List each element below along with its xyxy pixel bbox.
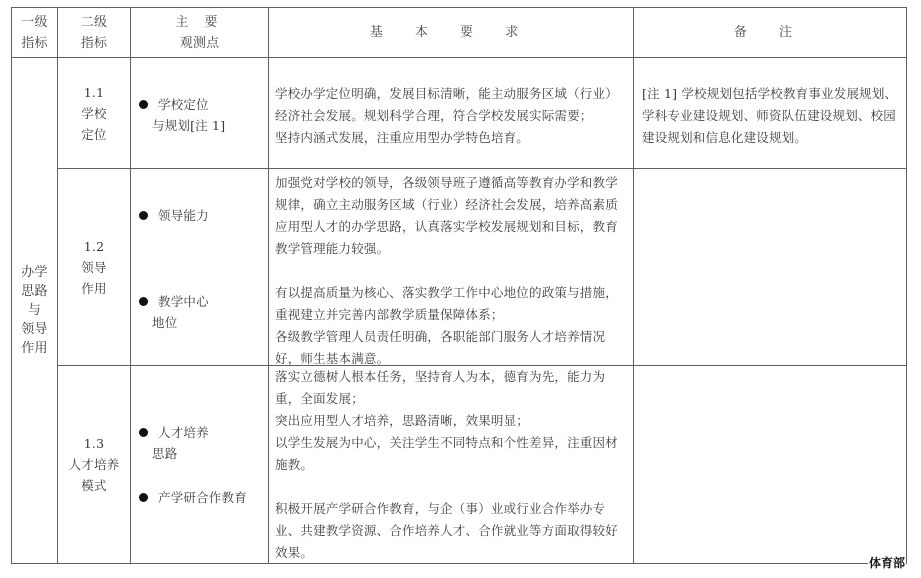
indicator-name: 定位 — [81, 124, 106, 145]
requirement-paragraph: 突出应用型人才培养，思路清晰，效果明显； — [275, 410, 630, 432]
observation-text: 与规划[注 1] — [139, 115, 225, 136]
indicator-name: 作用 — [81, 278, 106, 299]
header-level2-indicator: 二级 指标 — [58, 8, 130, 57]
requirement-paragraph: 加强党对学校的领导，各级领导班子遵循高等教育办学和教学规律，确立主动服务区域（行… — [275, 172, 630, 260]
bullet-icon — [139, 428, 148, 437]
level1-text: 作用 — [21, 339, 47, 358]
header-level1-indicator: 一级 指标 — [12, 8, 57, 57]
remark-note: [注 1] 学校规划包括学校教育事业发展规划、学科专业建设规划、师资队伍建设规划… — [642, 83, 904, 149]
level2-indicator-1-2: 1.2 领导 作用 — [58, 169, 130, 365]
bullet-icon — [139, 211, 148, 220]
level1-text: 办学 — [21, 263, 47, 282]
observation-cell-1-3: 人才培养 思路 产学研合作教育 — [131, 366, 268, 563]
observation-text: 产学研合作教育 — [158, 490, 247, 505]
requirement-paragraph: 有以提高质量为核心、落实教学工作中心地位的政策与措施，重视建立并完善内部教学质量… — [275, 282, 630, 326]
header-text: 指标 — [21, 33, 47, 54]
indicator-name: 模式 — [81, 475, 106, 496]
requirements-cell-1-1: 学校办学定位明确，发展目标清晰，能主动服务区域（行业）经济社会发展。规划科学合理… — [269, 58, 633, 168]
level1-text: 领导 — [21, 320, 47, 339]
level1-text: 思路 — [21, 282, 47, 301]
observation-point: 学校定位 与规划[注 1] — [139, 94, 225, 136]
indicator-code: 1.2 — [84, 236, 104, 257]
requirement-paragraph: 各级教学管理人员责任明确，各职能部门服务人才培养情况好，师生基本满意。 — [275, 326, 630, 370]
watermark-label: 体育部 — [868, 554, 906, 571]
requirement-paragraph: 坚持内涵式发展，注重应用型办学特色培育。 — [275, 127, 630, 149]
observation-text: 思路 — [139, 443, 209, 464]
header-text: 一级 — [21, 12, 47, 33]
observation-text: 领导能力 — [158, 208, 209, 223]
level2-indicator-1-1: 1.1 学校 定位 — [58, 58, 130, 168]
header-text: 主 要 — [175, 12, 223, 33]
header-text: 指标 — [81, 33, 107, 54]
requirements-cell-1-3: 落实立德树人根本任务，坚持育人为本，德育为先，能力为重，全面发展； 突出应用型人… — [269, 366, 633, 563]
observation-text: 教学中心 — [158, 294, 209, 309]
level1-indicator-cell: 办学 思路 与 领导 作用 — [12, 58, 57, 563]
observation-text: 地位 — [139, 312, 209, 333]
indicator-code: 1.1 — [84, 82, 104, 103]
requirements-text: 加强党对学校的领导，各级领导班子遵循高等教育办学和教学规律，确立主动服务区域（行… — [275, 172, 630, 370]
observation-text: 学校定位 — [158, 97, 209, 112]
evaluation-table: 一级 指标 二级 指标 主 要 观测点 基 本 要 求 备 注 办学 思路 与 … — [11, 7, 907, 564]
requirement-paragraph: 以学生发展为中心，关注学生不同特点和个性差异，注重因材施教。 — [275, 432, 630, 476]
level2-indicator-1-3: 1.3 人才培养 模式 — [58, 366, 130, 563]
remarks-cell-1-3 — [634, 366, 906, 563]
header-remarks: 备 注 — [634, 8, 906, 57]
requirements-text: 落实立德树人根本任务，坚持育人为本，德育为先，能力为重，全面发展； 突出应用型人… — [275, 366, 630, 564]
bullet-icon — [139, 297, 148, 306]
remarks-cell-1-2 — [634, 169, 906, 365]
indicator-code: 1.3 — [84, 433, 104, 454]
level1-text: 与 — [28, 301, 41, 320]
header-observation-points: 主 要 观测点 — [131, 8, 268, 57]
indicator-name: 人才培养 — [69, 454, 120, 475]
bullet-icon — [139, 493, 148, 502]
observation-point: 教学中心 地位 — [139, 291, 209, 333]
observation-cell-1-1: 学校定位 与规划[注 1] — [131, 58, 268, 168]
bullet-icon — [139, 100, 148, 109]
document-page: 一级 指标 二级 指标 主 要 观测点 基 本 要 求 备 注 办学 思路 与 … — [0, 0, 921, 578]
observation-cell-1-2: 领导能力 教学中心 地位 — [131, 169, 268, 365]
observation-point: 产学研合作教育 — [139, 487, 247, 508]
header-text: 基 本 要 求 — [370, 22, 532, 43]
observation-point: 人才培养 思路 — [139, 422, 209, 464]
header-text: 二级 — [81, 12, 107, 33]
requirement-paragraph: 积极开展产学研合作教育，与企（事）业或行业合作举办专业、共建教学资源、合作培养人… — [275, 498, 630, 564]
requirement-paragraph: 学校办学定位明确，发展目标清晰，能主动服务区域（行业）经济社会发展。规划科学合理… — [275, 83, 630, 127]
observation-point: 领导能力 — [139, 205, 209, 226]
remarks-cell-1-1: [注 1] 学校规划包括学校教育事业发展规划、学科专业建设规划、师资队伍建设规划… — [634, 58, 906, 168]
requirement-paragraph: 落实立德树人根本任务，坚持育人为本，德育为先，能力为重，全面发展； — [275, 366, 630, 410]
indicator-name: 领导 — [81, 257, 106, 278]
observation-text: 人才培养 — [158, 425, 209, 440]
header-basic-requirements: 基 本 要 求 — [269, 8, 633, 57]
requirements-cell-1-2: 加强党对学校的领导，各级领导班子遵循高等教育办学和教学规律，确立主动服务区域（行… — [269, 169, 633, 365]
header-text: 观测点 — [180, 33, 220, 54]
indicator-name: 学校 — [81, 103, 106, 124]
requirements-text: 学校办学定位明确，发展目标清晰，能主动服务区域（行业）经济社会发展。规划科学合理… — [275, 83, 630, 149]
header-text: 备 注 — [734, 22, 806, 43]
